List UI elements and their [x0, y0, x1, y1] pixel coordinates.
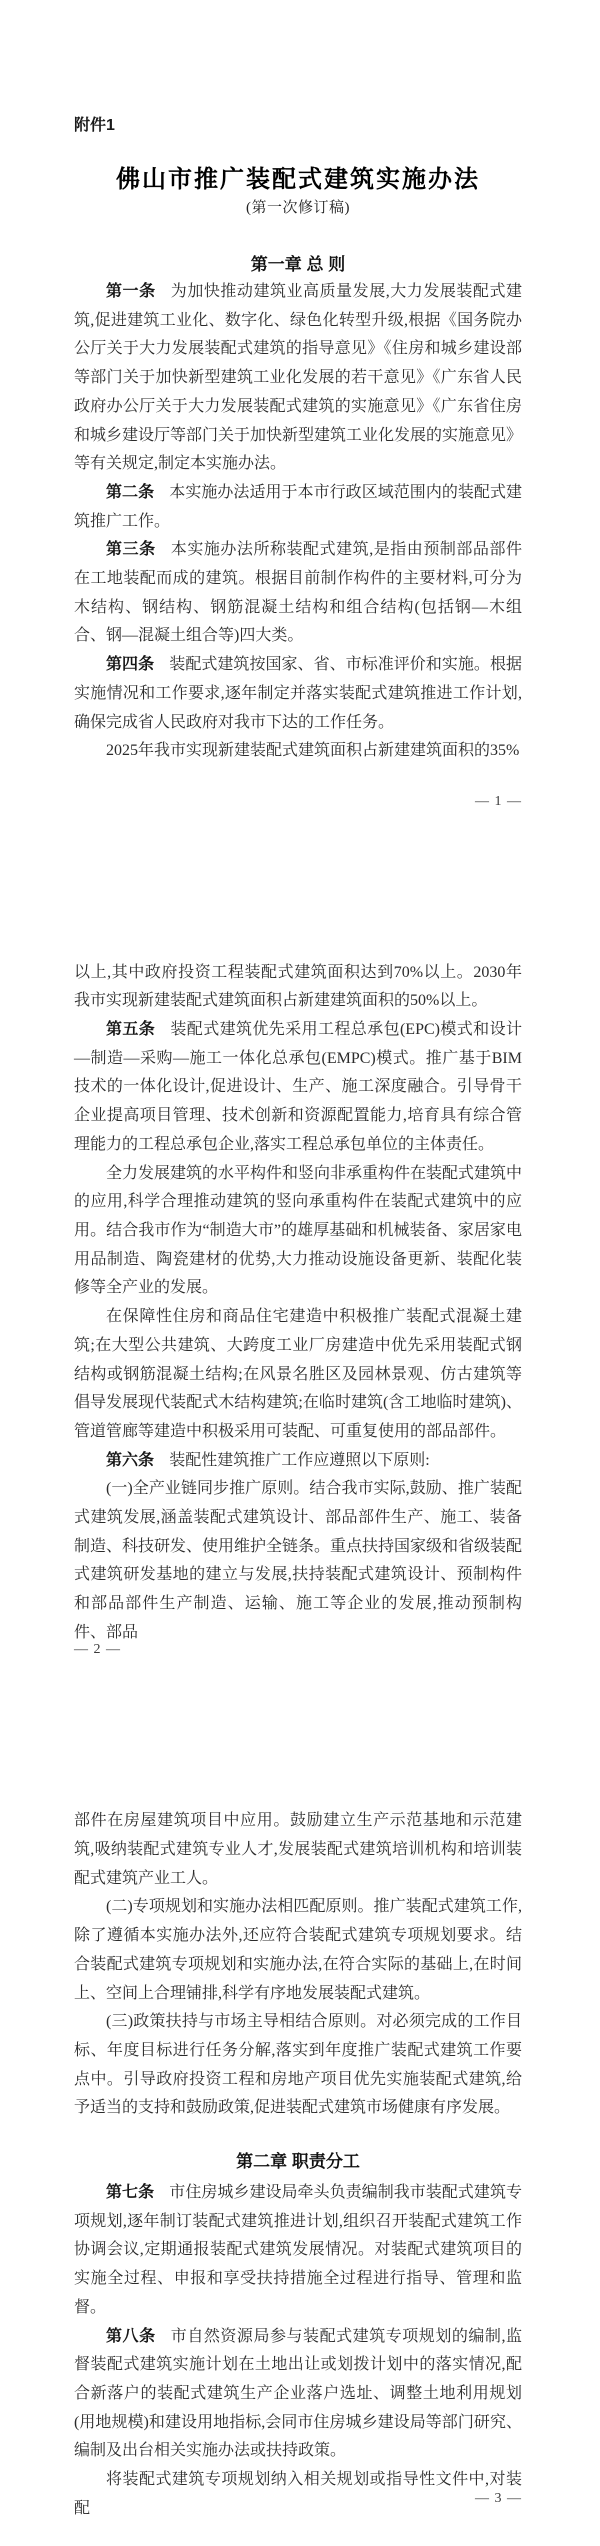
paragraph-text: 全力发展建筑的水平构件和竖向非承重构件在装配式建筑中的应用,科学合理推动建筑的竖…	[74, 1165, 522, 1297]
article-number-2: 第二条	[106, 484, 154, 501]
article-number-1: 第一条	[106, 283, 156, 300]
paragraph-continuation: 以上,其中政府投资工程装配式建筑面积达到70%以上。2030年我市实现新建装配式…	[74, 959, 522, 1016]
paragraph-article-7: 第七条市住房城乡建设局牵头负责编制我市装配式建筑专项规划,逐年制订装配式建筑推进…	[74, 2179, 522, 2323]
paragraph-continuation: 部件在房屋建筑项目中应用。鼓励建立生产示范基地和示范建筑,吸纳装配式建筑专业人才…	[74, 1807, 522, 1893]
paragraph-text: 市住房城乡建设局牵头负责编制我市装配式建筑专项规划,逐年制订装配式建筑推进计划,…	[74, 2184, 522, 2316]
paragraph-article-6: 第六条装配性建筑推广工作应遵照以下原则:	[74, 1447, 522, 1476]
document-page-3: 部件在房屋建筑项目中应用。鼓励建立生产示范基地和示范建筑,吸纳装配式建筑专业人才…	[0, 1697, 600, 2546]
paragraph-planning-integration: 将装配式建筑专项规划纳入相关规划或指导性文件中,对装配	[74, 2466, 522, 2523]
attachment-label: 附件1	[74, 115, 522, 137]
paragraph-text: 2025年我市实现新建装配式建筑面积占新建建筑面积的35%	[106, 742, 519, 759]
paragraph-text: 部件在房屋建筑项目中应用。鼓励建立生产示范基地和示范建筑,吸纳装配式建筑专业人才…	[74, 1812, 522, 1886]
paragraph-article-4: 第四条装配式建筑按国家、省、市标准评价和实施。根据实施情况和工作要求,逐年制定并…	[74, 651, 522, 737]
document-subtitle: (第一次修订稿)	[74, 197, 522, 219]
paragraph-article-1: 第一条为加快推动建筑业高质量发展,大力发展装配式建筑,促进建筑工业化、数字化、绿…	[74, 278, 522, 479]
paragraph-text: (二)专项规划和实施办法相匹配原则。推广装配式建筑工作,除了遵循本实施办法外,还…	[74, 1898, 522, 2001]
document-viewer: 附件1 佛山市推广装配式建筑实施办法 (第一次修订稿) 第一章 总 则 第一条为…	[0, 0, 600, 2546]
paragraph-text: 装配式建筑优先采用工程总承包(EPC)模式和设计—制造—采购—施工一体化总承包(…	[74, 1021, 522, 1153]
chapter-heading-2: 第二章 职责分工	[74, 2149, 522, 2175]
paragraph-article-8: 第八条市自然资源局参与装配式建筑专项规划的编制,监督装配式建筑实施计划在土地出让…	[74, 2323, 522, 2467]
paragraph-housing-types: 在保障性住房和商品住宅建造中积极推广装配式混凝土建筑;在大型公共建筑、大跨度工业…	[74, 1303, 522, 1447]
paragraph-article-5: 第五条装配式建筑优先采用工程总承包(EPC)模式和设计—制造—采购—施工一体化总…	[74, 1016, 522, 1160]
paragraph-principle-1: (一)全产业链同步推广原则。结合我市实际,鼓励、推广装配式建筑发展,涵盖装配式建…	[74, 1475, 522, 1647]
chapter-heading-1: 第一章 总 则	[74, 252, 522, 278]
article-number-4: 第四条	[106, 656, 154, 673]
paragraph-text: 将装配式建筑专项规划纳入相关规划或指导性文件中,对装配	[74, 2471, 522, 2517]
article-number-6: 第六条	[106, 1452, 154, 1469]
paragraph-text: 以上,其中政府投资工程装配式建筑面积达到70%以上。2030年我市实现新建装配式…	[74, 964, 522, 1010]
paragraph-text: 市自然资源局参与装配式建筑专项规划的编制,监督装配式建筑实施计划在土地出让或划拨…	[74, 2328, 522, 2460]
page-number-3: — 3 —	[475, 2490, 522, 2508]
page-number-2: — 2 —	[74, 1641, 121, 1659]
article-number-5: 第五条	[106, 1021, 155, 1038]
paragraph-text: 装配性建筑推广工作应遵照以下原则:	[169, 1452, 429, 1469]
paragraph-text: (三)政策扶持与市场主导相结合原则。对必须完成的工作目标、年度目标进行任务分解,…	[74, 2013, 522, 2116]
article-number-3: 第三条	[106, 541, 156, 558]
paragraph-article-2: 第二条本实施办法适用于本市行政区域范围内的装配式建筑推广工作。	[74, 479, 522, 536]
paragraph-article-3: 第三条本实施办法所称装配式建筑,是指由预制部品部件在工地装配而成的建筑。根据目前…	[74, 536, 522, 651]
article-number-8: 第八条	[106, 2328, 156, 2345]
paragraph-target-2025: 2025年我市实现新建装配式建筑面积占新建建筑面积的35%	[74, 737, 522, 766]
document-page-1: 附件1 佛山市推广装配式建筑实施办法 (第一次修订稿) 第一章 总 则 第一条为…	[0, 0, 600, 849]
paragraph-horizontal-components: 全力发展建筑的水平构件和竖向非承重构件在装配式建筑中的应用,科学合理推动建筑的竖…	[74, 1160, 522, 1304]
article-number-7: 第七条	[106, 2184, 154, 2201]
paragraph-principle-3: (三)政策扶持与市场主导相结合原则。对必须完成的工作目标、年度目标进行任务分解,…	[74, 2008, 522, 2123]
paragraph-text: (一)全产业链同步推广原则。结合我市实际,鼓励、推广装配式建筑发展,涵盖装配式建…	[74, 1480, 522, 1641]
paragraph-text: 在保障性住房和商品住宅建造中积极推广装配式混凝土建筑;在大型公共建筑、大跨度工业…	[74, 1308, 522, 1440]
document-title: 佛山市推广装配式建筑实施办法	[74, 163, 522, 197]
page-number-1: — 1 —	[475, 793, 522, 811]
paragraph-text: 为加快推动建筑业高质量发展,大力发展装配式建筑,促进建筑工业化、数字化、绿色化转…	[74, 283, 522, 472]
paragraph-principle-2: (二)专项规划和实施办法相匹配原则。推广装配式建筑工作,除了遵循本实施办法外,还…	[74, 1893, 522, 2008]
document-page-2: 以上,其中政府投资工程装配式建筑面积达到70%以上。2030年我市实现新建装配式…	[0, 849, 600, 1698]
